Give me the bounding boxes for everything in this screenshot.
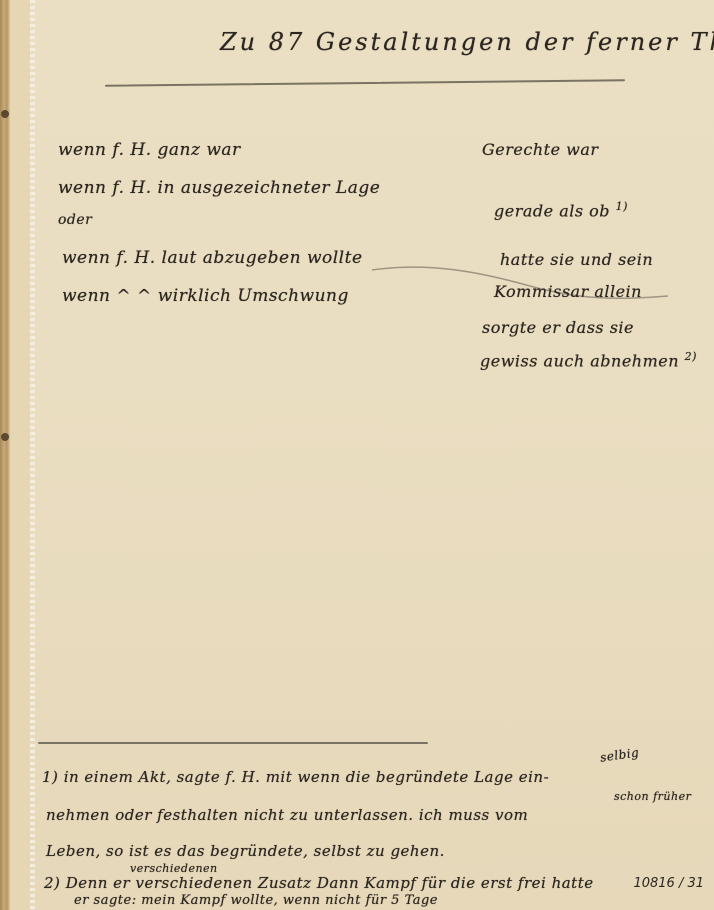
left-line-4: wenn f. H. laut abzugeben wollte	[62, 248, 363, 268]
footnote-2-line-1: 2) Denn er verschiedenen Zusatz Dann Kam…	[44, 874, 594, 892]
footnote-separator	[38, 742, 428, 744]
notebook-binding	[0, 0, 10, 910]
right-line-5: sorgte er dass sie	[482, 318, 634, 337]
left-line-3: oder	[58, 212, 92, 228]
archive-number: 10816 / 31	[633, 876, 704, 891]
right-line-1: Gerechte war	[482, 140, 599, 159]
title-underline	[105, 79, 625, 86]
right-line-4: Kommissar allein	[494, 282, 642, 301]
footnote-1-line-2: nehmen oder festhalten nicht zu unterlas…	[46, 806, 528, 824]
footnote-ref-1: 1)	[616, 200, 628, 213]
footnote-1-text-1: in einem Akt, sagte f. H. mit wenn die b…	[64, 768, 549, 786]
footnote-1-line-3: Leben, so ist es das begründete, selbst …	[46, 842, 445, 860]
footnote-2-line-2: er sagte: mein Kampf wollte, wenn nicht …	[74, 893, 438, 908]
binding-hole-icon	[1, 110, 9, 118]
left-line-2: wenn f. H. in ausgezeichneter Lage	[58, 178, 380, 198]
left-line-5: wenn ^ ^ wirklich Umschwung	[62, 286, 349, 306]
footnote-1-line-1: 1) in einem Akt, sagte f. H. mit wenn di…	[42, 768, 549, 786]
insertion-note-1: selbig	[599, 745, 640, 764]
right-line-6: gewiss auch abnehmen 2)	[480, 350, 697, 370]
footnote-ref-2: 2)	[685, 350, 697, 363]
right-line-2-text: gerade als ob	[494, 201, 610, 220]
page-title: Zu 87 Gestaltungen der ferner Th.	[220, 28, 714, 56]
footnote-2-marker: 2)	[44, 874, 60, 892]
footnote-2-text-1: Denn er verschiedenen Zusatz Dann Kampf …	[66, 874, 594, 892]
right-line-2: gerade als ob 1)	[494, 200, 628, 220]
right-line-3: hatte sie und sein	[500, 250, 653, 269]
insertion-note-2: schon früher	[614, 790, 691, 803]
manuscript-page: Zu 87 Gestaltungen der ferner Th. wenn f…	[0, 0, 714, 910]
binding-margin	[10, 0, 30, 910]
perforation-edge	[30, 0, 35, 910]
right-line-6-text: gewiss auch abnehmen	[480, 351, 679, 370]
left-line-1: wenn f. H. ganz war	[58, 140, 241, 160]
binding-hole-icon	[1, 433, 9, 441]
footnote-1-marker: 1)	[42, 768, 58, 786]
